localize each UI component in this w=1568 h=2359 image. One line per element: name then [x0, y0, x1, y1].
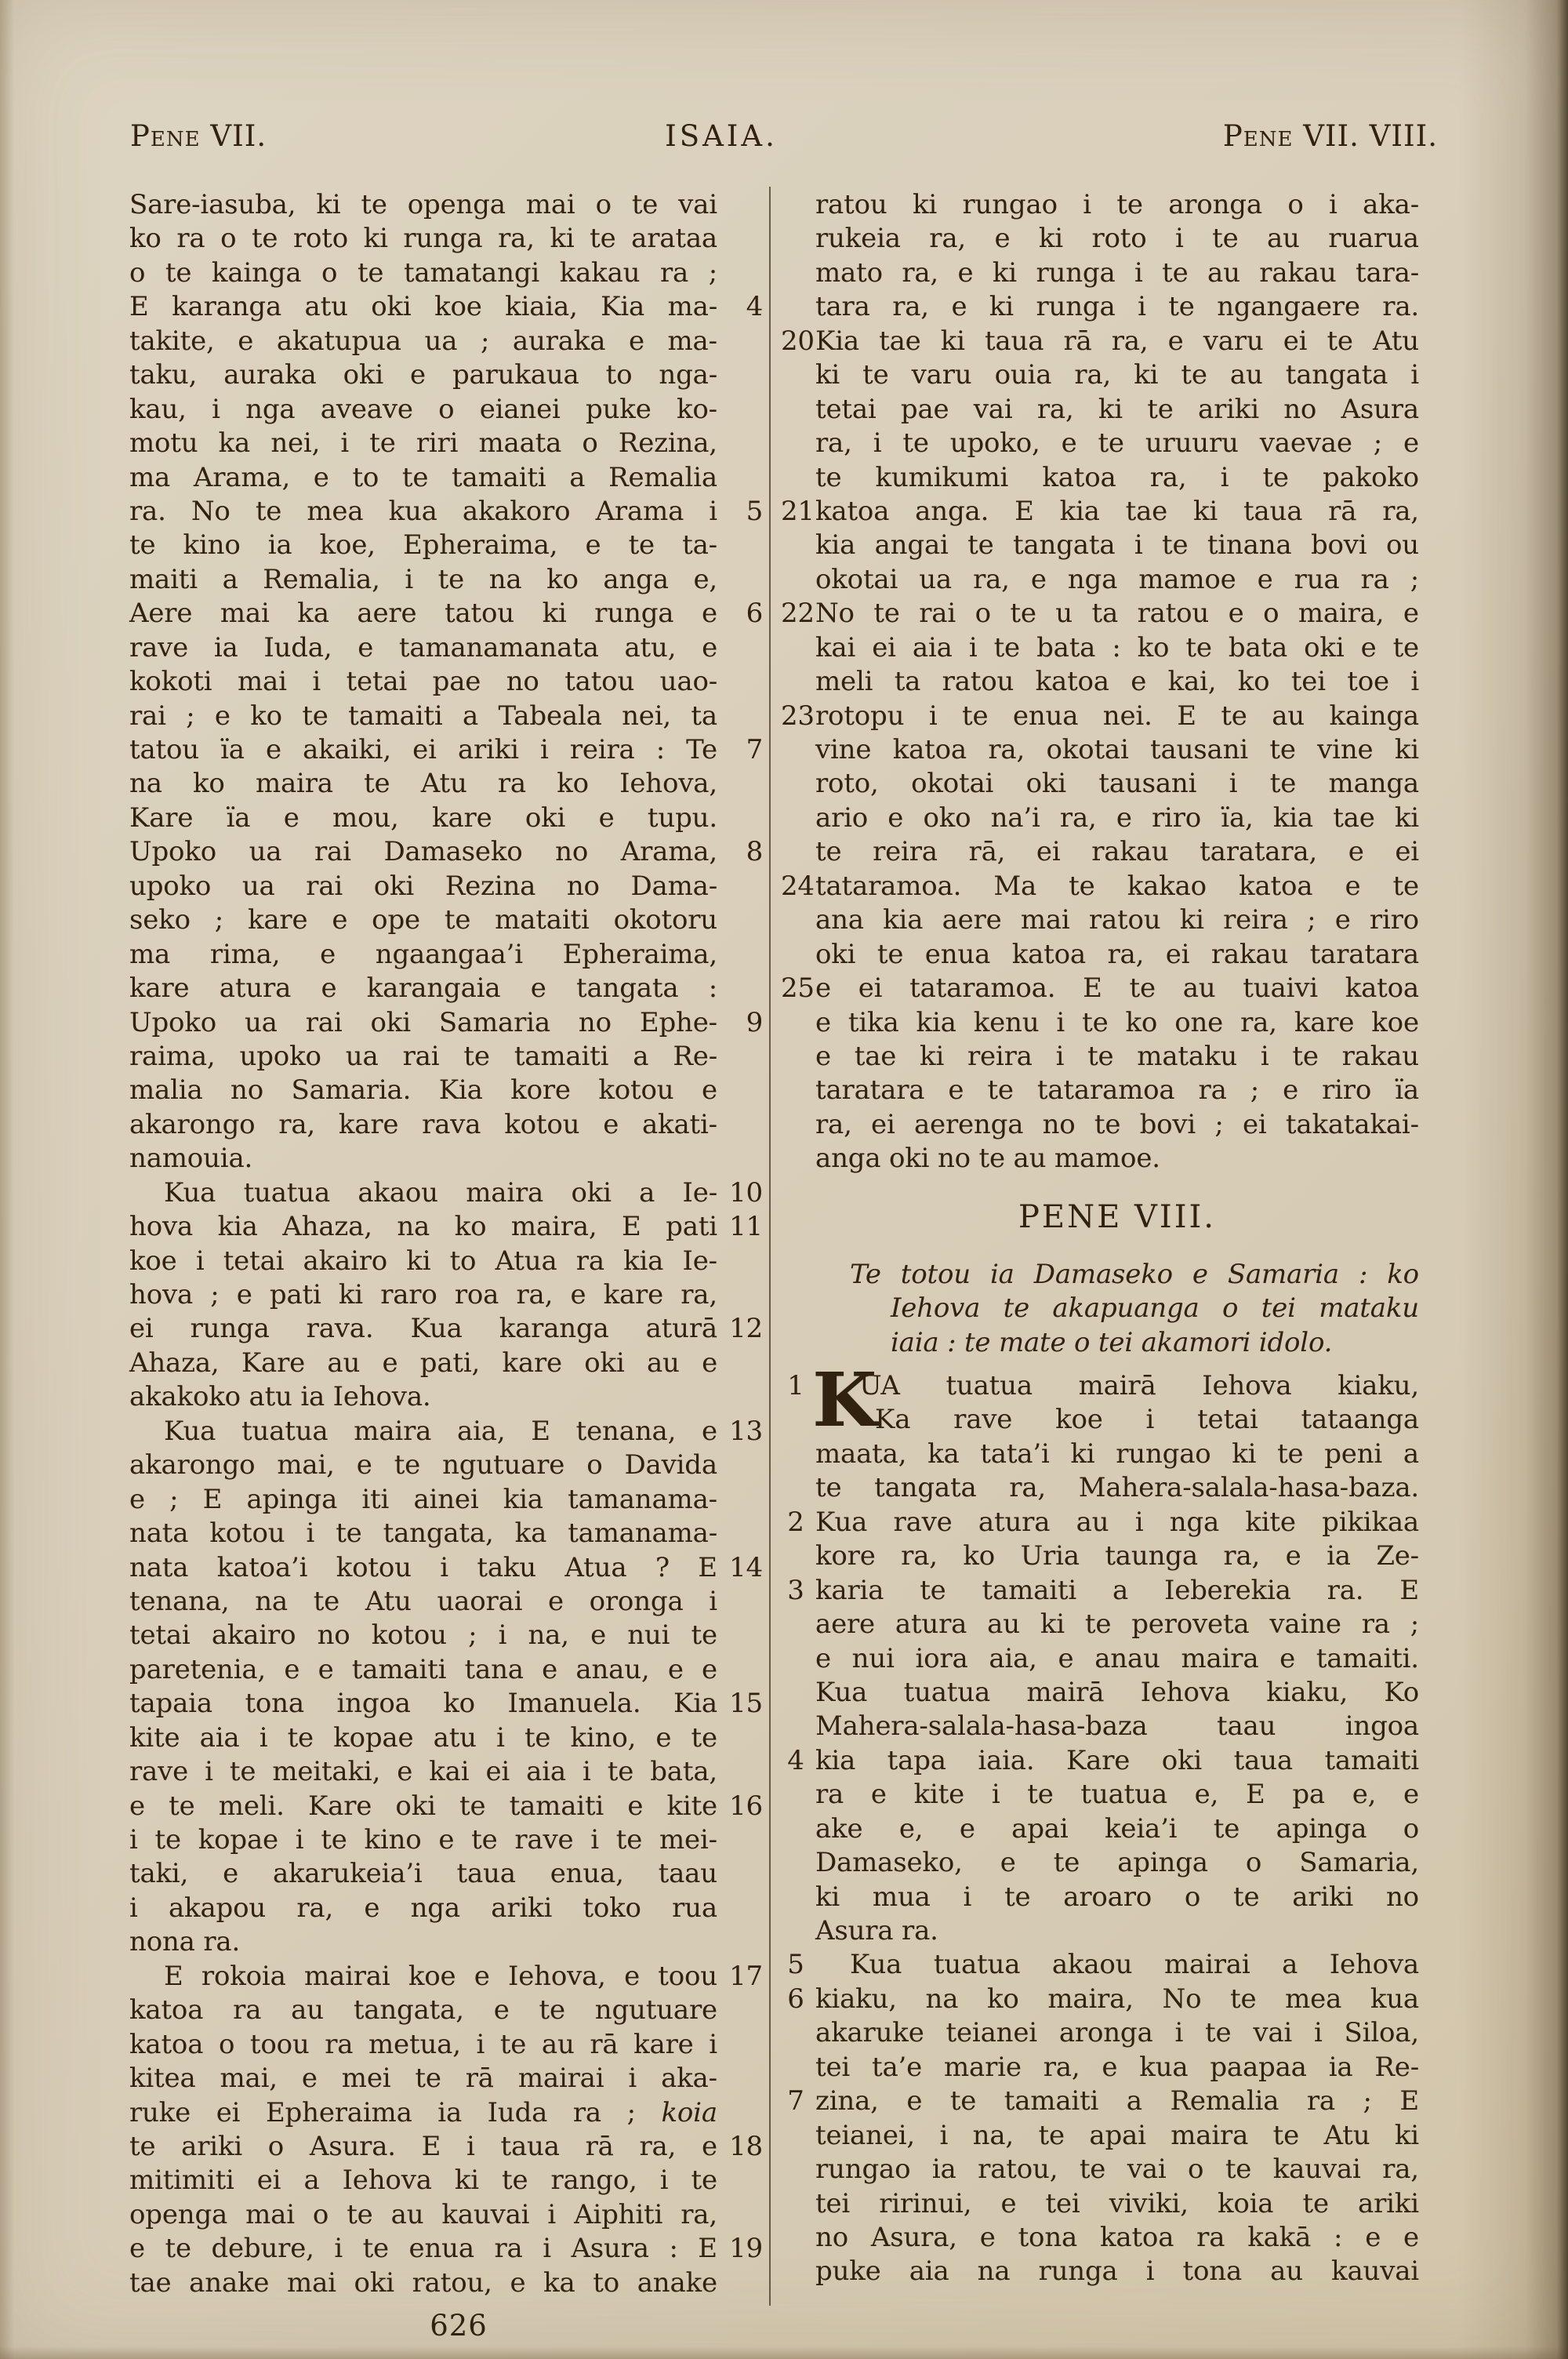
line-text: katoaraautangata,etengutuare: [129, 1994, 717, 2027]
line-text: melitaratoukatoaekai,koteitoei: [815, 665, 1419, 699]
line-text: taku,aurakaokieparukauatonga-: [129, 358, 717, 392]
verse-number: 19: [719, 2232, 763, 2266]
line-text: iakapoura,engaarikitokorua: [129, 1892, 717, 1925]
verse-text-line: kiaangaitetangataitetinanaboviou: [815, 529, 1419, 562]
line-text: otekaingaotetamatangikakaura;: [129, 256, 717, 290]
verse-text-line: raveiaIuda,etamanamanataatu,e: [129, 631, 717, 665]
verse-text-line: Mahera-salala-hasa-bazataauingoa: [815, 1710, 1419, 1743]
line-text: koeitetaiakairokitoAtuarakiaIe-: [129, 1245, 717, 1278]
verse-text-line: 15tapaiatonaingoakoImanuela.Kia: [129, 1687, 717, 1721]
verse-text-line: tereirarā,eirakautaratara,eei: [815, 835, 1419, 869]
line-text: tenana,nateAtuuaoraieorongai: [129, 1585, 717, 1619]
verse-number: 8: [719, 835, 763, 869]
line-text: kariatetamaitiaIeberekiara.E: [815, 1574, 1419, 1608]
line-text: Mahera-salala-hasa-bazataauingoa: [815, 1710, 1419, 1743]
line-text: arioeokona’ira,eriroïa,kiataeki: [815, 801, 1419, 835]
line-text: hovakiaAhaza,nakomaira,Epati: [129, 1210, 717, 1244]
running-header: Pene VII. ISAIA. Pene VII. VIII.: [0, 119, 1568, 158]
line-text: etaekireiraitematakuiterakau: [815, 1040, 1419, 1074]
verse-number: 23: [781, 700, 811, 733]
line-text: kiteaiaitekopaeatuitekino,ete: [129, 1721, 717, 1755]
line-text: Kareïaemou,kareokietupu.: [129, 801, 717, 835]
verse-text-line: 9UpokouaraiokiSamarianoEphe-: [129, 1006, 717, 1040]
line-text: kau,ingaaveaveoeianeipukeko-: [129, 393, 717, 427]
verse-text-line: 17ErokoiamairaikoeeIehova,etoou: [129, 1960, 717, 1994]
verse-text-line: Kareïaemou,kareokietupu.: [129, 801, 717, 835]
verse-text-line: akaruketeianeiarongaitevaiiSiloa,: [815, 2016, 1419, 2050]
verse-text-line: mitimitieiaIehovakiterango,ite: [129, 2164, 717, 2197]
line-text: natakotouitetangata,katamanama-: [129, 1517, 717, 1550]
line-text: maata,katata’ikirungaokitepenia: [815, 1438, 1419, 1471]
line-text: rukeeiEpheraimaiaIudara;koia: [129, 2096, 717, 2130]
verse-text-line: 16etemeli.Kareokitetamaitiekite: [129, 1790, 717, 1823]
chapter-summary-line: TetotouiaDamasekoeSamaria:ko: [815, 1258, 1419, 1292]
line-text: rotopuiteenuanei.Eteaukainga: [815, 700, 1419, 733]
line-text: tekumikumikatoara,itepakoko: [815, 461, 1419, 495]
verse-text-line: anga oki no te au mamoe.: [815, 1142, 1419, 1176]
line-text: eeitataramoa.Eteautuaivikatoa: [815, 972, 1419, 1005]
line-text: tarataraetetataramoara;eriroïa: [815, 1074, 1419, 1107]
verse-text-line: 6kiaku,nakomaira,Notemeakua: [815, 1983, 1419, 2016]
verse-text-line: 4Ekarangaatuokikoekiaia,Kiama-: [129, 290, 717, 324]
line-text: ErokoiamairaikoeeIehova,etoou: [129, 1960, 717, 1994]
verse-text-line: kau,ingaaveaveoeianeipukeko-: [129, 393, 717, 427]
verse-number: 1: [781, 1369, 811, 1403]
line-text: teiririnui,eteiviviki,koiateariki: [815, 2187, 1419, 2221]
line-text: motukanei,iteririmaataoRezina,: [129, 427, 717, 460]
verse-text-line: KuatuatuamairāIehovakiaku,Ko: [815, 1676, 1419, 1710]
line-text: akakoko atu ia Iehova.: [129, 1380, 717, 1414]
verse-text-line: tekinoiakoe,Epheraima,eteta-: [129, 529, 717, 562]
verse-text-line: maArama,etotetamaitiaRemalia: [129, 461, 717, 495]
verse-text-line: malianoSamaria.Kiakorekotoue: [129, 1074, 717, 1107]
line-text: tekinoiakoe,Epheraima,eteta-: [129, 529, 717, 562]
verse-text-line: 23rotopuiteenuanei.Eteaukainga: [815, 700, 1419, 733]
verse-text-line: marima,engaangaa’iEpheraima,: [129, 938, 717, 972]
line-text: aereaturaaukiteperovetavainera;: [815, 1608, 1419, 1641]
line-text: roto,okotaiokitausaniitemanga: [815, 767, 1419, 801]
line-text: etikakiakenuitekoonera,karekoe: [815, 1006, 1419, 1040]
verse-text-line: seko;kareeopetemataitiokotoru: [129, 903, 717, 937]
line-text: KuatuatuaakaoumairaiaIehova: [815, 1948, 1419, 1982]
verse-text-line: kimuaitearoarootearikino: [815, 1881, 1419, 1914]
line-text: raima,upokouaraitetamaitiaRe-: [129, 1040, 717, 1074]
verse-text-line: 2Kuaraveaturaauingakitepikikaa: [815, 1506, 1419, 1539]
verse-text-line: anakiaaeremairatoukireira;eriro: [815, 903, 1419, 937]
verse-number: 2: [781, 1506, 811, 1539]
verse-text-line: raima,upokouaraitetamaitiaRe-: [129, 1040, 717, 1074]
verse-text-line: tetaiakaironokotou;ina,enuite: [129, 1619, 717, 1652]
line-text: tearikioAsura.Eitauarāra,e: [129, 2130, 717, 2164]
verse-number: 10: [719, 1176, 763, 1210]
verse-text-line: katoaotoourametua,iteaurākarei: [129, 2028, 717, 2062]
line-text: TetotouiaDamasekoeSamaria:ko: [815, 1258, 1419, 1292]
line-text: KuatuatuaakaoumairaokiaIe-: [129, 1176, 717, 1210]
verse-text-line: natakotouitetangata,katamanama-: [129, 1517, 717, 1550]
verse-text-line: noAsura,etonakatoarakakā:ee: [815, 2221, 1419, 2255]
scanned-book-page: Pene VII. ISAIA. Pene VII. VIII. Sare-ia…: [0, 0, 1568, 2359]
verse-text-line: nona ra.: [129, 1925, 717, 1959]
verse-text-line: koraoterotokirungara,kitearataa: [129, 222, 717, 256]
verse-text-line: rai;ekotetamaitiaTabealanei,ta: [129, 700, 717, 733]
line-text: paretenia,eetamaititanaeanau,ee: [129, 1653, 717, 1687]
line-text: taeanakemaiokiratou,ekatoanake: [129, 2266, 717, 2300]
verse-text-line: rungaoiaratou,tevaiotekauvaira,: [815, 2153, 1419, 2186]
verse-number: 16: [719, 1790, 763, 1823]
verse-text-line: tekumikumikatoara,itepakoko: [815, 461, 1419, 495]
verse-text-line: paretenia,eetamaititanaeanau,ee: [129, 1653, 717, 1687]
line-text: katoaanga.Ekiataekitauarāra,: [815, 495, 1419, 529]
verse-number: 7: [781, 2085, 811, 2118]
verse-number: 4: [781, 1744, 811, 1778]
verse-number: 5: [781, 1948, 811, 1982]
line-text: teita’emariera,ekuapaapaaiaRe-: [815, 2051, 1419, 2085]
verse-text-line: 21katoaanga.Ekiataekitauarāra,: [815, 495, 1419, 529]
verse-number: 6: [719, 597, 763, 631]
line-text: katoaotoourametua,iteaurākarei: [129, 2028, 717, 2062]
line-text: kaieiaiaitebata:kotebataokiete: [815, 631, 1419, 665]
line-text: marima,engaangaa’iEpheraima,: [129, 938, 717, 972]
line-text: koraoterotokirungara,kitearataa: [129, 222, 717, 256]
line-text: iaia : te mate o tei akamori idolo.: [815, 1326, 1419, 1360]
line-text: tereirarā,eirakautaratara,eei: [815, 835, 1419, 869]
verse-text-line: namouia.: [129, 1142, 717, 1176]
verse-text-line: raekiteitetuatuae,Epae,e: [815, 1778, 1419, 1812]
line-text: kiatapaiaia.Kareokitauatamaiti: [815, 1744, 1419, 1778]
verse-text-line: ra,iteupoko,eteuruuruvaevae;e: [815, 427, 1419, 460]
line-text: matora,ekirungaiteaurakautara-: [815, 256, 1419, 290]
verse-number: 21: [781, 495, 811, 529]
verse-text-line: 5ra.NotemeakuaakakoroAramai: [129, 495, 717, 529]
line-text: Ahaza,Kareauepati,kareokiaue: [129, 1347, 717, 1380]
line-text: akaruketeianeiarongaitevaiiSiloa,: [815, 2016, 1419, 2050]
line-text: Kuatuatuamairaaia,Etenana,e: [129, 1415, 717, 1448]
line-text: anga oki no te au mamoe.: [815, 1142, 1419, 1176]
verse-number: 3: [781, 1574, 811, 1608]
verse-text-line: 25eeitataramoa.Eteautuaivikatoa: [815, 972, 1419, 1005]
text-column-left: Sare-iasuba,kiteopengamaiotevaikoraotero…: [129, 188, 717, 2300]
chapter-summary-line: iaia : te mate o tei akamori idolo.: [815, 1326, 1419, 1360]
line-text: Sare-iasuba,kiteopengamaiotevai: [129, 188, 717, 222]
verse-text-line: koeitetaiakairokitoAtuarakiaIe-: [129, 1245, 717, 1278]
line-text: kokotimaiitetaipaenotatouuao-: [129, 665, 717, 699]
line-text: tatouïaeakaiki,eiarikiireira:Te: [129, 733, 717, 767]
verse-text-line: 24tataramoa.Matekakaokatoaete: [815, 870, 1419, 903]
verse-text-line: taki,eakarukeia’itauaenua,taau: [129, 1857, 717, 1891]
header-chapter-left: Pene VII.: [130, 119, 267, 153]
verse-text-line: tenana,nateAtuuaoraieorongai: [129, 1585, 717, 1619]
verse-number: 14: [719, 1551, 763, 1585]
verse-number: 6: [781, 1983, 811, 2016]
verse-text-line: 4kiatapaiaia.Kareokitauatamaiti: [815, 1744, 1419, 1778]
line-text: Iehovateakapuangaoteimataku: [815, 1292, 1419, 1325]
line-text: takite,eakatupuaua;aurakaema-: [129, 325, 717, 358]
chapter-summary-line: Iehovateakapuangaoteimataku: [815, 1292, 1419, 1325]
line-text: Damaseko,eteapingaoSamaria,: [815, 1846, 1419, 1880]
verse-text-line: hova;epatikiraroroara,ekarera,: [129, 1278, 717, 1312]
verse-text-line: itekopaeitekinoeteraveitemei-: [129, 1823, 717, 1857]
verse-text-line: maitiaRemalia,itenakoangae,: [129, 563, 717, 597]
line-text: zina,etetamaitiaRemaliara;E: [815, 2085, 1419, 2118]
line-text: upokouaraiokiRezinanoDama-: [129, 870, 717, 903]
verse-text-line: tarara,ekirungaitengangaerera.: [815, 290, 1419, 324]
verse-text-line: kaieiaiaitebata:kotebataokiete: [815, 631, 1419, 665]
verse-text-line: ra,eiaerenganotebovi;eitakatakai-: [815, 1108, 1419, 1142]
line-text: UpokouaraiDamasekonoArama,: [129, 835, 717, 869]
line-text: raekiteitetuatuae,Epae,e: [815, 1778, 1419, 1812]
verse-text-line: etaekireiraitematakuiterakau: [815, 1040, 1419, 1074]
line-text: Kiataekitauarāra,evarueiteAtu: [815, 325, 1419, 358]
verse-number: 12: [719, 1312, 763, 1346]
verse-number: 20: [781, 325, 811, 358]
line-text: e;Eapingaitiaineikiatamanama-: [129, 1483, 717, 1517]
verse-text-line: 7tatouïaeakaiki,eiarikiireira:Te: [129, 733, 717, 767]
verse-number: 13: [719, 1415, 763, 1448]
line-text: korera,koUriataungara,eiaZe-: [815, 1539, 1419, 1573]
verse-text-line: korera,koUriataungara,eiaZe-: [815, 1539, 1419, 1573]
line-text: rai;ekotetamaitiaTabealanei,ta: [129, 700, 717, 733]
line-text: raveiaIuda,etamanamanataatu,e: [129, 631, 717, 665]
verse-text-line: katoaraautangata,etengutuare: [129, 1994, 717, 2027]
line-text: anakiaaeremairatoukireira;eriro: [815, 903, 1419, 937]
line-text: opengamaioteaukauvaiiAiphitira,: [129, 2198, 717, 2232]
line-text: okotaiuara,engamamoeeruara;: [815, 563, 1419, 597]
line-text: akarongomai,etengutuareoDavida: [129, 1448, 717, 1482]
line-text: kiaku,nakomaira,Notemeakua: [815, 1983, 1419, 2016]
line-text: hova;epatikiraroroara,ekarera,: [129, 1278, 717, 1312]
line-text: namouia.: [129, 1142, 717, 1176]
text-column-right: ratoukirungaoitearongaoiaka-rukeiara,eki…: [815, 188, 1419, 2289]
line-text: itekopaeitekinoeteraveitemei-: [129, 1823, 717, 1857]
line-text: Aeremaikaaeretatoukirungae: [129, 597, 717, 631]
verse-text-line: 14natakatoa’ikotouitakuAtua?E: [129, 1551, 717, 1585]
verse-number: 25: [781, 972, 811, 1005]
verse-text-line: 20Kiataekitauarāra,evarueiteAtu: [815, 325, 1419, 358]
page-number: 626: [430, 2309, 488, 2343]
line-text: ra,eiaerenganotebovi;eitakatakai-: [815, 1108, 1419, 1142]
verse-text-line: 8UpokouaraiDamasekonoArama,: [129, 835, 717, 869]
verse-text-line: Sare-iasuba,kiteopengamaiotevai: [129, 188, 717, 222]
verse-text-line: tetangatara,Mahera-salala-hasa-baza.: [815, 1471, 1419, 1505]
verse-text-line: 6Aeremaikaaeretatoukirungae: [129, 597, 717, 631]
line-text: ra,iteupoko,eteuruuruvaevae;e: [815, 427, 1419, 460]
verse-text-line: 13Kuatuatuamairaaia,Etenana,e: [129, 1415, 717, 1448]
verse-text-line: Ahaza,Kareauepati,kareokiaue: [129, 1347, 717, 1380]
verse-text-line: tetaipaevaira,kitearikinoAsura: [815, 393, 1419, 427]
verse-text-line: 1UAtuatuamairāIehovakiaku,K: [815, 1369, 1419, 1403]
line-text: tarara,ekirungaitengangaerera.: [815, 290, 1419, 324]
verse-text-line: enuiioraaia,eanaumairaetamaiti.: [815, 1642, 1419, 1676]
line-text: raveitemeitaki,ekaieiaiaitebata,: [129, 1755, 717, 1789]
line-text: UAtuatuamairāIehovakiaku,: [815, 1369, 1419, 1403]
verse-text-line: otekaingaotetamatangikakaura;: [129, 256, 717, 290]
verse-text-line: kareaturaekarangaiaetangata:: [129, 972, 717, 1005]
verse-text-line: vinekatoara,okotaitausanitevineki: [815, 733, 1419, 767]
line-text: tapaiatonaingoakoImanuela.Kia: [129, 1687, 717, 1721]
verse-number: 17: [719, 1960, 763, 1994]
chapter-heading: PENE VIII.: [815, 1197, 1419, 1238]
verse-text-line: akarongora,kareravakotoueakati-: [129, 1108, 717, 1142]
line-text: mitimitieiaIehovakiterango,ite: [129, 2164, 717, 2197]
verse-text-line: kokotimaiitetaipaenotatouuao-: [129, 665, 717, 699]
line-text: etedebure,iteenuaraiAsura:E: [129, 2232, 717, 2266]
verse-text-line: taeanakemaiokiratou,ekatoanake: [129, 2266, 717, 2300]
verse-text-line: rukeiara,ekirotoiteauruarua: [815, 222, 1419, 256]
verse-text-line: akakoko atu ia Iehova.: [129, 1380, 717, 1414]
line-text: rukeiara,ekirotoiteauruarua: [815, 222, 1419, 256]
verse-text-line: Damaseko,eteapingaoSamaria,: [815, 1846, 1419, 1880]
verse-text-line: Karavekoeitetaitataanga: [815, 1403, 1419, 1437]
verse-text-line: 5KuatuatuaakaoumairaiaIehova: [815, 1948, 1419, 1982]
verse-text-line: kiteaiaitekopaeatuitekino,ete: [129, 1721, 717, 1755]
verse-number: 18: [719, 2130, 763, 2164]
verse-text-line: ratoukirungaoitearongaoiaka-: [815, 188, 1419, 222]
verse-number: 24: [781, 870, 811, 903]
verse-text-line: opengamaioteaukauvaiiAiphitira,: [129, 2198, 717, 2232]
verse-text-line: motukanei,iteririmaataoRezina,: [129, 427, 717, 460]
verse-text-line: 22Noteraioteutaratoueomaira,e: [815, 597, 1419, 631]
line-text: noAsura,etonakatoarakakā:ee: [815, 2221, 1419, 2255]
line-text: eirungarava.Kuakarangaaturā: [129, 1312, 717, 1346]
line-text: Asura ra.: [815, 1914, 1419, 1948]
line-text: UpokouaraiokiSamarianoEphe-: [129, 1006, 717, 1040]
line-text: natakatoa’ikotouitakuAtua?E: [129, 1551, 717, 1585]
verse-text-line: Asura ra.: [815, 1914, 1419, 1948]
line-text: tataramoa.Matekakaokatoaete: [815, 870, 1419, 903]
line-text: enuiioraaia,eanaumairaetamaiti.: [815, 1642, 1419, 1676]
header-book-title: ISAIA.: [665, 119, 778, 153]
verse-number: 9: [719, 1006, 763, 1040]
line-text: ra.NotemeakuaakakoroAramai: [129, 495, 717, 529]
line-text: tetaipaevaira,kitearikinoAsura: [815, 393, 1419, 427]
verse-text-line: kitevaruouiara,kiteautangatai: [815, 358, 1419, 392]
line-text: Noteraioteutaratoueomaira,e: [815, 597, 1419, 631]
verse-text-line: okiteenuakatoara,eirakautaratara: [815, 938, 1419, 972]
verse-text-line: 12eirungarava.Kuakarangaaturā: [129, 1312, 717, 1346]
verse-text-line: upokouaraiokiRezinanoDama-: [129, 870, 717, 903]
verse-text-line: kiteamai,emeiterāmairaiiaka-: [129, 2062, 717, 2095]
verse-text-line: iakapoura,engaarikitokorua: [129, 1892, 717, 1925]
line-text: KuatuatuamairāIehovakiaku,Ko: [815, 1676, 1419, 1710]
line-text: Ekarangaatuokikoekiaia,Kiama-: [129, 290, 717, 324]
line-text: taki,eakarukeia’itauaenua,taau: [129, 1857, 717, 1891]
column-divider-rule: [769, 187, 771, 2306]
verse-text-line: melitaratoukatoaekai,koteitoei: [815, 665, 1419, 699]
line-text: maArama,etotetamaitiaRemalia: [129, 461, 717, 495]
line-text: okiteenuakatoara,eirakautaratara: [815, 938, 1419, 972]
verse-text-line: tarataraetetataramoara;eriroïa: [815, 1074, 1419, 1107]
line-text: akee,eapaikeia’iteapingao: [815, 1812, 1419, 1846]
verse-text-line: roto,okotaiokitausaniitemanga: [815, 767, 1419, 801]
line-text: etemeli.Kareokitetamaitiekite: [129, 1790, 717, 1823]
verse-text-line: takite,eakatupuaua;aurakaema-: [129, 325, 717, 358]
verse-text-line: taku,aurakaokieparukauatonga-: [129, 358, 717, 392]
verse-text-line: rukeeiEpheraimaiaIudara;koia: [129, 2096, 717, 2130]
verse-text-line: akarongomai,etengutuareoDavida: [129, 1448, 717, 1482]
verse-text-line: teianei,ina,teapaimairateAtuki: [815, 2119, 1419, 2153]
line-text: nakomairateAturakoIehova,: [129, 767, 717, 801]
verse-text-line: maata,katata’ikirungaokitepenia: [815, 1438, 1419, 1471]
verse-text-line: 3kariatetamaitiaIeberekiara.E: [815, 1574, 1419, 1608]
line-text: tetangatara,Mahera-salala-hasa-baza.: [815, 1471, 1419, 1505]
verse-number: 15: [719, 1687, 763, 1721]
verse-text-line: arioeokona’ira,eriroïa,kiataeki: [815, 801, 1419, 835]
line-text: teianei,ina,teapaimairateAtuki: [815, 2119, 1419, 2153]
verse-text-line: 10KuatuatuaakaoumairaokiaIe-: [129, 1176, 717, 1210]
verse-text-line: raveitemeitaki,ekaieiaiaitebata,: [129, 1755, 717, 1789]
verse-text-line: etikakiakenuitekoonera,karekoe: [815, 1006, 1419, 1040]
line-text: seko;kareeopetemataitiokotoru: [129, 903, 717, 937]
line-text: tetaiakaironokotou;ina,enuite: [129, 1619, 717, 1652]
header-chapter-right: Pene VII. VIII.: [1223, 119, 1438, 153]
line-text: kiteamai,emeiterāmairaiiaka-: [129, 2062, 717, 2095]
line-text: maitiaRemalia,itenakoangae,: [129, 563, 717, 597]
verse-number: 22: [781, 597, 811, 631]
verse-text-line: 11hovakiaAhaza,nakomaira,Epati: [129, 1210, 717, 1244]
line-text: Karavekoeitetaitataanga: [815, 1403, 1419, 1437]
line-text: vinekatoara,okotaitausanitevineki: [815, 733, 1419, 767]
line-text: nona ra.: [129, 1925, 717, 1959]
line-text: akarongora,kareravakotoueakati-: [129, 1108, 717, 1142]
line-text: rungaoiaratou,tevaiotekauvaira,: [815, 2153, 1419, 2186]
verse-text-line: pukeaianarungaitonaaukauvai: [815, 2255, 1419, 2288]
verse-text-line: teiririnui,eteiviviki,koiateariki: [815, 2187, 1419, 2221]
verse-text-line: e;Eapingaitiaineikiatamanama-: [129, 1483, 717, 1517]
verse-text-line: 18tearikioAsura.Eitauarāra,e: [129, 2130, 717, 2164]
line-text: kiaangaitetangataitetinanaboviou: [815, 529, 1419, 562]
verse-text-line: aereaturaaukiteperovetavainera;: [815, 1608, 1419, 1641]
verse-text-line: teita’emariera,ekuapaapaaiaRe-: [815, 2051, 1419, 2085]
line-text: pukeaianarungaitonaaukauvai: [815, 2255, 1419, 2288]
verse-text-line: matora,ekirungaiteaurakautara-: [815, 256, 1419, 290]
line-text: malianoSamaria.Kiakorekotoue: [129, 1074, 717, 1107]
line-text: kareaturaekarangaiaetangata:: [129, 972, 717, 1005]
verse-text-line: 7zina,etetamaitiaRemaliara;E: [815, 2085, 1419, 2118]
verse-text-line: nakomairateAturakoIehova,: [129, 767, 717, 801]
verse-text-line: 19etedebure,iteenuaraiAsura:E: [129, 2232, 717, 2266]
verse-text-line: okotaiuara,engamamoeeruara;: [815, 563, 1419, 597]
verse-number: 5: [719, 495, 763, 529]
line-text: kimuaitearoarootearikino: [815, 1881, 1419, 1914]
verse-number: 7: [719, 733, 763, 767]
line-text: Kuaraveaturaauingakitepikikaa: [815, 1506, 1419, 1539]
verse-number: 4: [719, 290, 763, 324]
verse-text-line: akee,eapaikeia’iteapingao: [815, 1812, 1419, 1846]
line-text: ratoukirungaoitearongaoiaka-: [815, 188, 1419, 222]
line-text: kitevaruouiara,kiteautangatai: [815, 358, 1419, 392]
verse-number: 11: [719, 1210, 763, 1244]
